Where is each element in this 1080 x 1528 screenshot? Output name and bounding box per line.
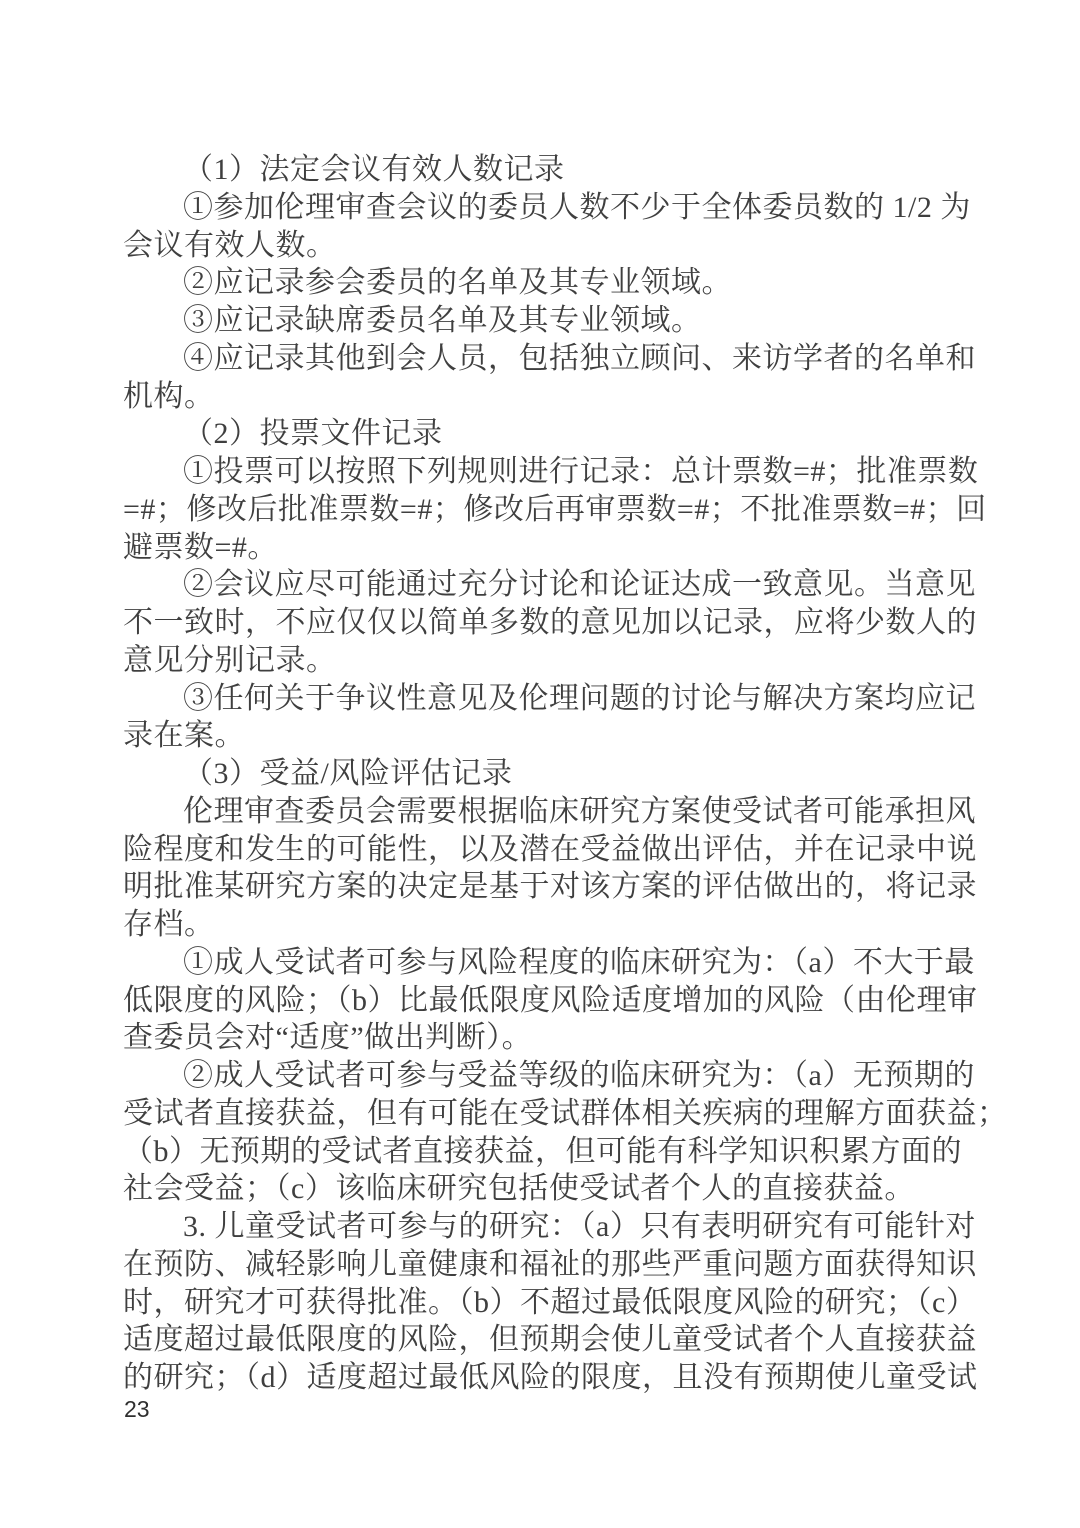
text-line: ②成人受试者可参与受益等级的临床研究为：（a）无预期的: [123, 1057, 963, 1095]
text-line: 会议有效人数。: [123, 227, 963, 265]
text-line: 伦理审查委员会需要根据临床研究方案使受试者可能承担风: [123, 793, 963, 831]
text-line: 受试者直接获益，但有可能在受试群体相关疾病的理解方面获益；: [123, 1095, 963, 1133]
text-line: 录在案。: [123, 717, 963, 755]
text-line: ③任何关于争议性意见及伦理问题的讨论与解决方案均应记: [123, 680, 963, 718]
text-line: ①成人受试者可参与风险程度的临床研究为：（a）不大于最: [123, 944, 963, 982]
text-line: 存档。: [123, 906, 963, 944]
text-line: （b）无预期的受试者直接获益，但可能有科学知识积累方面的: [123, 1133, 963, 1171]
text-line: 避票数=#。: [123, 529, 963, 567]
text-line: 查委员会对“适度”做出判断）。: [123, 1019, 963, 1057]
text-line: （1）法定会议有效人数记录: [123, 151, 963, 189]
text-line: 适度超过最低限度的风险，但预期会使儿童受试者个人直接获益: [123, 1321, 963, 1359]
text-line: 的研究；（d）适度超过最低风险的限度，且没有预期使儿童受试: [123, 1359, 963, 1397]
text-line: =#；修改后批准票数=#；修改后再审票数=#；不批准票数=#；回: [123, 491, 963, 529]
text-line: 在预防、减轻影响儿童健康和福祉的那些严重问题方面获得知识: [123, 1246, 963, 1284]
text-line: 3. 儿童受试者可参与的研究：（a）只有表明研究有可能针对: [123, 1208, 963, 1246]
text-line: 不一致时，不应仅仅以简单多数的意见加以记录，应将少数人的: [123, 604, 963, 642]
document-body: （1）法定会议有效人数记录①参加伦理审查会议的委员人数不少于全体委员数的 1/2…: [123, 151, 963, 1397]
text-line: ④应记录其他到会人员，包括独立顾问、来访学者的名单和: [123, 340, 963, 378]
text-line: 机构。: [123, 378, 963, 416]
text-line: （2）投票文件记录: [123, 415, 963, 453]
text-line: ②应记录参会委员的名单及其专业领域。: [123, 264, 963, 302]
text-line: 险程度和发生的可能性，以及潜在受益做出评估，并在记录中说: [123, 831, 963, 869]
text-line: 时，研究才可获得批准。（b）不超过最低限度风险的研究；（c）: [123, 1284, 963, 1322]
text-line: 意见分别记录。: [123, 642, 963, 680]
text-line: （3）受益/风险评估记录: [123, 755, 963, 793]
text-line: 低限度的风险；（b）比最低限度风险适度增加的风险（由伦理审: [123, 982, 963, 1020]
text-line: 社会受益；（c）该临床研究包括使受试者个人的直接获益。: [123, 1170, 963, 1208]
text-line: 明批准某研究方案的决定是基于对该方案的评估做出的，将记录: [123, 868, 963, 906]
document-page: （1）法定会议有效人数记录①参加伦理审查会议的委员人数不少于全体委员数的 1/2…: [0, 0, 1080, 1528]
text-line: ③应记录缺席委员名单及其专业领域。: [123, 302, 963, 340]
text-line: ①投票可以按照下列规则进行记录：总计票数=#；批准票数: [123, 453, 963, 491]
text-line: ①参加伦理审查会议的委员人数不少于全体委员数的 1/2 为: [123, 189, 963, 227]
page-number: 23: [124, 1396, 150, 1423]
text-line: ②会议应尽可能通过充分讨论和论证达成一致意见。当意见: [123, 566, 963, 604]
